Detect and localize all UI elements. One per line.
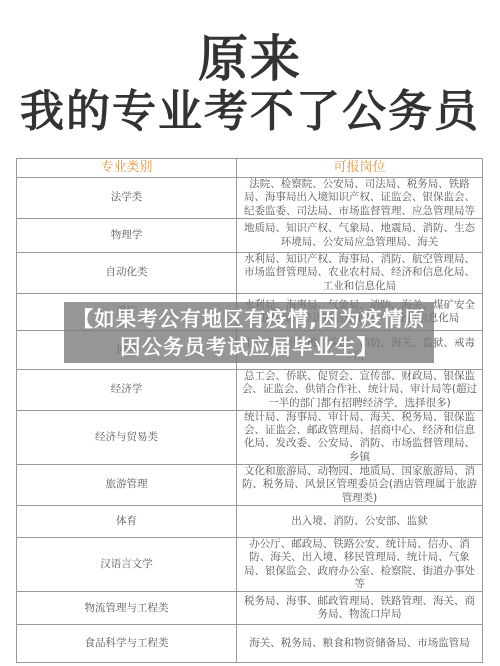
table-row: 旅游管理文化和旅游局、动物园、地质局、国家旅游局、消防、税务局、风景区管理委员会… xyxy=(17,465,483,506)
positions-cell: 法院、检察院、公安局、司法局、税务局、铁路局、海事局出入境知识产权、证监会、银保… xyxy=(237,178,483,219)
positions-cell: 办公厅、邮政局、铁路公安、统计局、信办、消防、海关、出入境、移民管理局、统计局、… xyxy=(237,537,483,591)
positions-cell: 总工会、侨联、促贸会、宣传部、财政局、银保监会、证监会、供销合作社、统计局、审计… xyxy=(237,369,483,410)
caption-overlay-banner: 【如果考公有地区有疫情,因为疫情原 因公务员考试应届毕业生】 xyxy=(64,302,434,363)
positions-cell: 统计局、海事局、审计局、海关、税务局、银保监会、证监会、邮政管理局、招商中心、经… xyxy=(237,410,483,464)
major-cell: 物理学 xyxy=(17,219,237,253)
positions-cell: 出入境、消防、公安部、监狱 xyxy=(237,505,483,537)
table-row: 自动化类水利局、知识产权、海事局、消防、航空管理局、市场监督管理局、农业农村局、… xyxy=(17,253,483,294)
table-row: 物理学地质局、知识产权、气象局、地震局、消防、生态环境局、公安局应急管理局、海关 xyxy=(17,219,483,253)
major-cell: 法学类 xyxy=(17,178,237,219)
header-major-category: 专业类别 xyxy=(17,159,237,178)
major-cell: 经济与贸易类 xyxy=(17,410,237,464)
positions-cell: 文化和旅游局、动物园、地质局、国家旅游局、消防、税务局、风景区管理委员会(酒店管… xyxy=(237,465,483,506)
table-row: 食品科学与工程类海关、税务局、粮食和物资储备局、市场监管局 xyxy=(17,625,483,663)
positions-cell: 税务局、海事、邮政管理局、铁路管理、海关、商务局、物流口岸局 xyxy=(237,592,483,625)
positions-cell: 海关、税务局、粮食和物资储备局、市场监管局 xyxy=(237,625,483,663)
caption-line-1: 【如果考公有地区有疫情,因为疫情原 xyxy=(64,305,434,333)
header-eligible-positions: 可报岗位 xyxy=(237,159,483,178)
caption-line-2: 因公务员考试应届毕业生】 xyxy=(64,333,434,361)
major-cell: 体育 xyxy=(17,505,237,537)
major-cell: 经济学 xyxy=(17,369,237,410)
major-cell: 旅游管理 xyxy=(17,465,237,506)
major-cell: 食品科学与工程类 xyxy=(17,625,237,663)
title-line-2: 我的专业考不了公务员 xyxy=(0,86,500,138)
positions-cell: 地质局、知识产权、气象局、地震局、消防、生态环境局、公安局应急管理局、海关 xyxy=(237,219,483,253)
majors-positions-table: 专业类别 可报岗位 法学类法院、检察院、公安局、司法局、税务局、铁路局、海事局出… xyxy=(16,158,483,663)
table-row: 体育出入境、消防、公安部、监狱 xyxy=(17,505,483,537)
major-cell: 汉语言文学 xyxy=(17,537,237,591)
table-row: 物流管理与工程类税务局、海事、邮政管理局、铁路管理、海关、商务局、物流口岸局 xyxy=(17,592,483,625)
table-row: 汉语言文学办公厅、邮政局、铁路公安、统计局、信办、消防、海关、出入境、移民管理局… xyxy=(17,537,483,591)
title-line-1: 原来 xyxy=(0,30,500,88)
table-row: 法学类法院、检察院、公安局、司法局、税务局、铁路局、海事局出入境知识产权、证监会… xyxy=(17,178,483,219)
major-cell: 物流管理与工程类 xyxy=(17,592,237,625)
table-row: 经济学总工会、侨联、促贸会、宣传部、财政局、银保监会、证监会、供销合作社、统计局… xyxy=(17,369,483,410)
positions-cell: 水利局、知识产权、海事局、消防、航空管理局、市场监督管理局、农业农村局、经济和信… xyxy=(237,253,483,294)
table-header-row: 专业类别 可报岗位 xyxy=(17,159,483,178)
table-row: 经济与贸易类统计局、海事局、审计局、海关、税务局、银保监会、证监会、邮政管理局、… xyxy=(17,410,483,464)
major-cell: 自动化类 xyxy=(17,253,237,294)
